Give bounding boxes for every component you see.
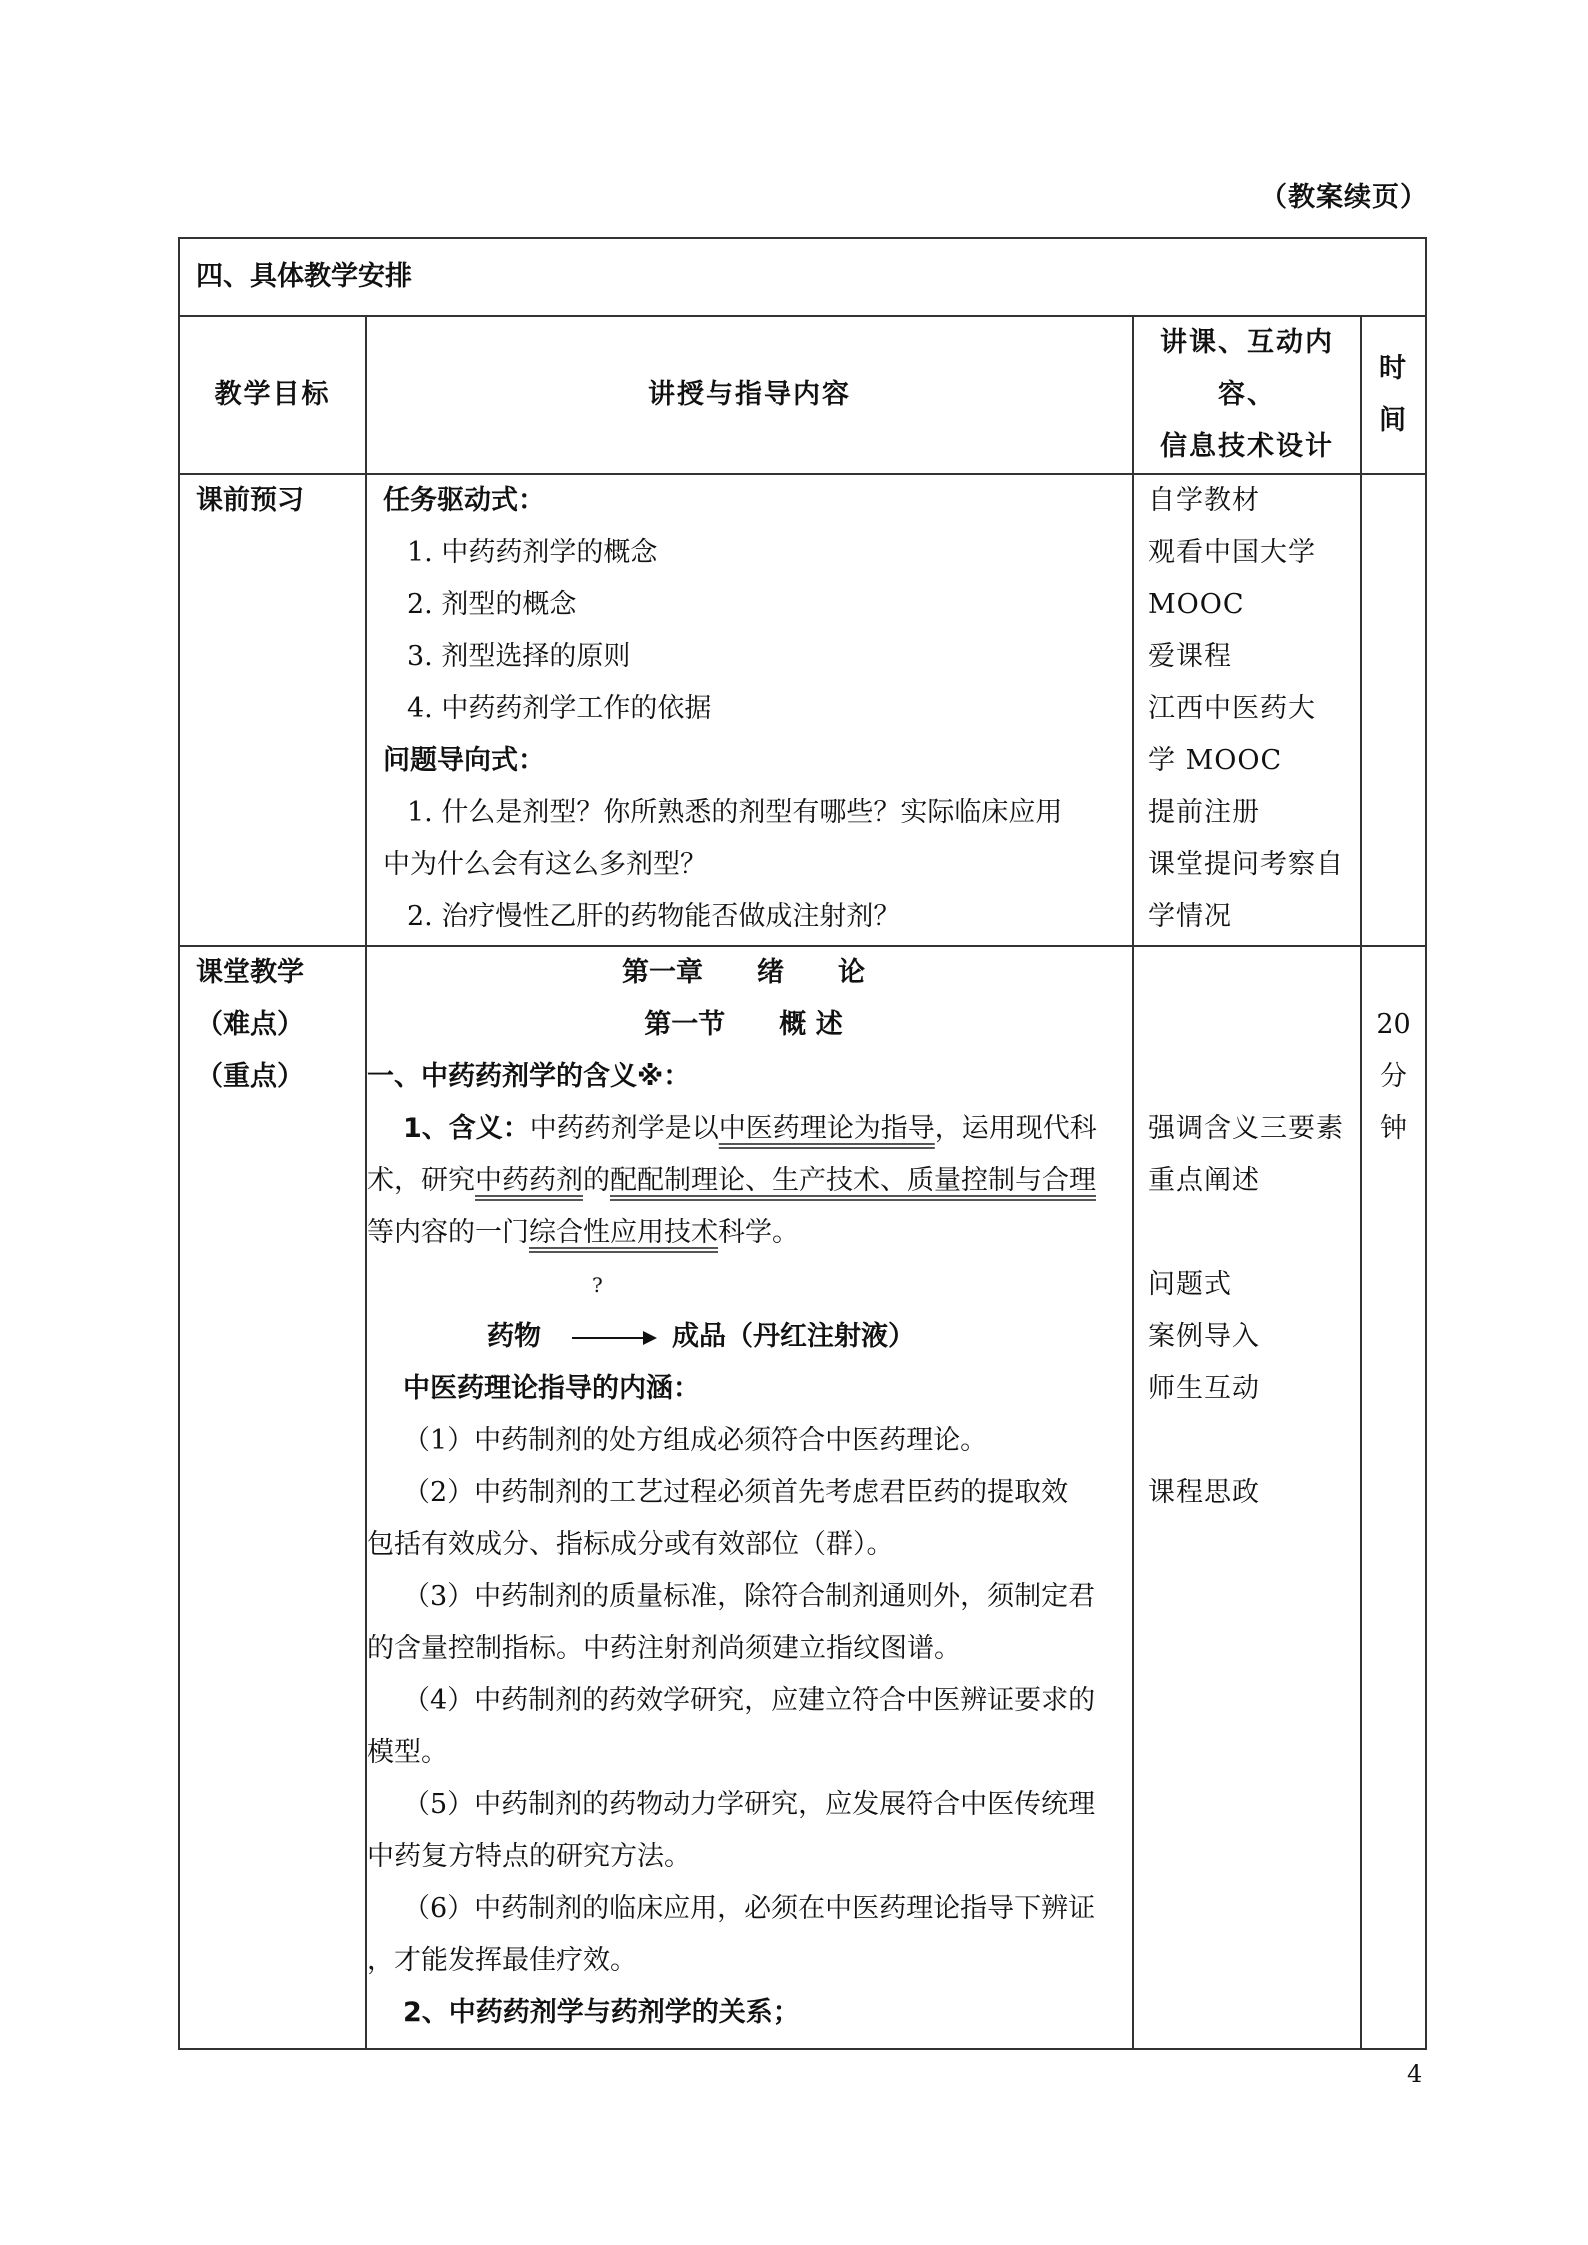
underlined-text: 中医药理论为指导 xyxy=(719,1113,935,1144)
definition-line-3: 等内容的一门综合性应用技术科学。 xyxy=(367,1207,1120,1259)
text: 科学。 xyxy=(718,1217,799,1248)
question-item-continued: 中为什么会有这么多剂型？ xyxy=(367,839,1120,891)
design-line: 强调含义三要素 xyxy=(1148,1103,1360,1155)
time-unit: 钟 xyxy=(1362,1103,1425,1155)
heading-meaning: 一、中药药剂学的含义※： xyxy=(367,1051,1120,1103)
process-flow-diagram: ? 药物 成品（丹红注射液） xyxy=(367,1259,1120,1363)
page-number: 4 xyxy=(1407,2060,1422,2088)
design-line: 学情况 xyxy=(1148,891,1360,943)
design-line: 问题式 xyxy=(1148,1259,1360,1311)
goal-label: 课堂教学 xyxy=(196,947,365,999)
goal-difficulty: （难点） xyxy=(196,999,365,1051)
question-item: 1. 什么是剂型？你所熟悉的剂型有哪些？实际临床应用 xyxy=(367,787,1120,839)
point-item-continued: ，才能发挥最佳疗效。 xyxy=(367,1935,1120,1987)
spacer xyxy=(1148,1051,1360,1103)
spacer xyxy=(1148,1207,1360,1259)
header-content: 讲授与指导内容 xyxy=(366,316,1133,474)
design-classroom: 强调含义三要素 重点阐述 问题式 案例导入 师生互动 课程思政 xyxy=(1133,946,1361,2049)
text: 等内容的一门 xyxy=(367,1217,529,1248)
design-line: 案例导入 xyxy=(1148,1311,1360,1363)
question-heading: 问题导向式： xyxy=(367,735,1120,787)
time-preclass xyxy=(1361,474,1426,946)
content-preclass: 任务驱动式： 1. 中药药剂学的概念 2. 剂型的概念 3. 剂型选择的原则 4… xyxy=(366,474,1133,946)
definition-label: 1、含义： xyxy=(403,1113,530,1144)
definition-line-1: 1、含义：中药药剂学是以中医药理论为指导，运用现代科 xyxy=(367,1103,1120,1155)
spacer xyxy=(1148,947,1360,999)
task-item: 3. 剂型选择的原则 xyxy=(367,631,1120,683)
point-item-continued: 中药复方特点的研究方法。 xyxy=(367,1831,1120,1883)
goal-preclass: 课前预习 xyxy=(179,474,366,946)
table-header-row: 教学目标 讲授与指导内容 讲课、互动内容、 信息技术设计 时 间 xyxy=(179,316,1426,474)
text: 中药药剂学是以 xyxy=(530,1113,719,1144)
text: ，运用现代科 xyxy=(935,1113,1097,1144)
question-mark: ? xyxy=(592,1273,603,1297)
task-item: 4. 中药药剂学工作的依据 xyxy=(367,683,1120,735)
task-item: 2. 剂型的概念 xyxy=(367,579,1120,631)
header-time: 时 间 xyxy=(1361,316,1426,474)
design-line: 重点阐述 xyxy=(1148,1155,1360,1207)
table-row-preclass: 课前预习 任务驱动式： 1. 中药药剂学的概念 2. 剂型的概念 3. 剂型选择… xyxy=(179,474,1426,946)
arrow-head-icon xyxy=(643,1331,657,1345)
table-row-classroom: 课堂教学 （难点） （重点） 第一章 绪 论 第一节 概 述 一、中药药剂学的含… xyxy=(179,946,1426,2049)
header-design: 讲课、互动内容、 信息技术设计 xyxy=(1133,316,1361,474)
design-line: 提前注册 xyxy=(1148,787,1360,839)
design-line: MOOC xyxy=(1148,579,1360,631)
design-line: 学 MOOC xyxy=(1148,735,1360,787)
underlined-text: 配配制理论、生产技术、质量控制与合理 xyxy=(610,1165,1096,1196)
spacer xyxy=(1148,999,1360,1051)
text: 的 xyxy=(583,1165,610,1196)
design-line: 课堂提问考察自 xyxy=(1148,839,1360,891)
header-design-line1: 讲课、互动内容、 xyxy=(1134,317,1360,421)
point-item-continued: 模型。 xyxy=(367,1727,1120,1779)
design-preclass: 自学教材 观看中国大学 MOOC 爱课程 江西中医药大 学 MOOC 提前注册 … xyxy=(1133,474,1361,946)
section-heading: 第一节 概 述 xyxy=(367,999,1120,1051)
underlined-text: 综合性应用技术 xyxy=(529,1217,718,1248)
header-time-line1: 时 xyxy=(1362,343,1425,395)
page-continuation-tag: （教案续页） xyxy=(1260,175,1428,214)
task-heading: 任务驱动式： xyxy=(367,475,1120,527)
header-time-line2: 间 xyxy=(1362,395,1425,447)
spacer xyxy=(1362,947,1425,999)
point-item: （6）中药制剂的临床应用，必须在中医药理论指导下辨证 xyxy=(367,1883,1120,1935)
design-line: 江西中医药大 xyxy=(1148,683,1360,735)
teaching-plan-table: 四、具体教学安排 教学目标 讲授与指导内容 讲课、互动内容、 信息技术设计 时 … xyxy=(178,237,1427,2050)
design-line: 课程思政 xyxy=(1148,1467,1360,1519)
design-line: 师生互动 xyxy=(1148,1363,1360,1415)
content-classroom: 第一章 绪 论 第一节 概 述 一、中药药剂学的含义※： 1、含义：中药药剂学是… xyxy=(366,946,1133,2049)
heading-relationship: 2、中药药剂学与药剂学的关系； xyxy=(367,1987,1120,2039)
point-item-continued: 的含量控制指标。中药注射剂尚须建立指纹图谱。 xyxy=(367,1623,1120,1675)
header-design-line2: 信息技术设计 xyxy=(1134,421,1360,473)
point-item: （1）中药制剂的处方组成必须符合中医药理论。 xyxy=(367,1415,1120,1467)
goal-keypoint: （重点） xyxy=(196,1051,365,1103)
point-item: （4）中药制剂的药效学研究，应建立符合中医辨证要求的 xyxy=(367,1675,1120,1727)
design-line: 爱课程 xyxy=(1148,631,1360,683)
underlined-text: 中药药剂 xyxy=(475,1165,583,1196)
time-value: 20 xyxy=(1362,999,1425,1051)
flow-from: 药物 xyxy=(487,1311,541,1363)
design-line: 观看中国大学 xyxy=(1148,527,1360,579)
spacer xyxy=(1148,1415,1360,1467)
definition-line-2: 术，研究中药药剂的配配制理论、生产技术、质量控制与合理 xyxy=(367,1155,1120,1207)
question-item: 2. 治疗慢性乙肝的药物能否做成注射剂？ xyxy=(367,891,1120,943)
point-item-continued: 包括有效成分、指标成分或有效部位（群）。 xyxy=(367,1519,1120,1571)
point-item: （2）中药制剂的工艺过程必须首先考虑君臣药的提取效 xyxy=(367,1467,1120,1519)
goal-classroom: 课堂教学 （难点） （重点） xyxy=(179,946,366,2049)
text: 术，研究 xyxy=(367,1165,475,1196)
time-unit: 分 xyxy=(1362,1051,1425,1103)
goal-label: 课前预习 xyxy=(196,475,365,527)
connotation-heading: 中医药理论指导的内涵： xyxy=(367,1363,1120,1415)
task-item: 1. 中药药剂学的概念 xyxy=(367,527,1120,579)
section-title: 四、具体教学安排 xyxy=(179,238,1426,316)
chapter-title: 第一章 绪 论 xyxy=(367,947,1120,999)
point-item: （5）中药制剂的药物动力学研究，应发展符合中医传统理 xyxy=(367,1779,1120,1831)
design-line: 自学教材 xyxy=(1148,475,1360,527)
flow-to: 成品（丹红注射液） xyxy=(672,1311,915,1363)
point-item: （3）中药制剂的质量标准，除符合制剂通则外，须制定君 xyxy=(367,1571,1120,1623)
arrow-right-icon xyxy=(572,1337,646,1339)
time-classroom: 20 分 钟 xyxy=(1361,946,1426,2049)
header-goal: 教学目标 xyxy=(179,316,366,474)
